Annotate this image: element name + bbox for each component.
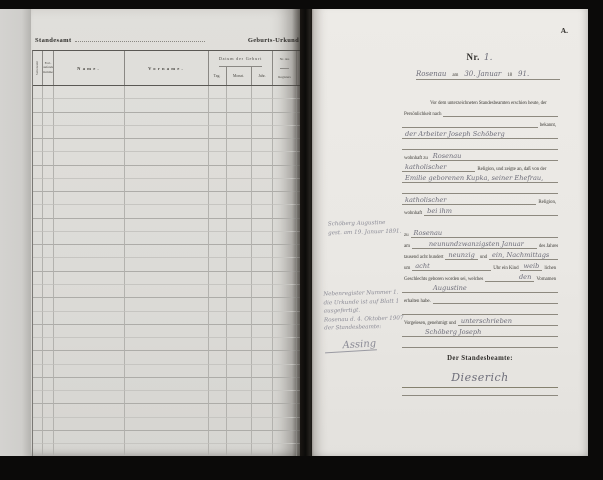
table-cell	[33, 444, 43, 456]
handwriting: neunzig	[445, 252, 477, 260]
form-nr-line: Nr.1.	[402, 47, 557, 65]
table-cell	[227, 139, 252, 152]
table-cell	[33, 298, 43, 311]
handwriting: bei ihm	[424, 208, 455, 216]
handwriting: unterschrieben	[458, 318, 515, 326]
register-table: Seitenzahl Fort- laufende Nummer Name. V…	[32, 50, 300, 456]
handwriting: neunundzwanzigsten Januar	[426, 241, 527, 249]
table-cell	[227, 272, 252, 285]
table-cell	[297, 126, 300, 139]
table-cell	[227, 365, 252, 378]
table-cell	[273, 166, 297, 179]
printed-text: am	[402, 244, 412, 249]
table-cell	[125, 285, 209, 298]
table-cell	[209, 285, 227, 298]
registrar-signature-handwriting: Dieserich	[451, 371, 509, 384]
table-cell	[297, 431, 300, 444]
printed-text: Persönlichkeit nach	[402, 112, 443, 117]
table-cell	[273, 192, 297, 205]
form-dateline: Rosenauam30. Januar1891.	[416, 71, 560, 80]
table-cell	[227, 404, 252, 417]
rule-line	[449, 203, 536, 205]
table-cell	[33, 365, 43, 378]
rule-line	[402, 192, 558, 194]
photo-left-margin	[0, 9, 31, 456]
table-cell	[273, 365, 297, 378]
table-cell	[54, 152, 125, 165]
table-cell	[252, 298, 273, 311]
table-cell	[273, 391, 297, 404]
table-cell	[43, 126, 54, 139]
rule-line	[552, 258, 558, 260]
handwriting: weib	[520, 263, 542, 271]
table-cell	[125, 86, 209, 99]
table-cell	[43, 99, 54, 112]
table-row	[33, 325, 300, 338]
table-cell	[54, 219, 125, 232]
table-cell	[43, 404, 54, 417]
register-book-photo: Standesamt Geburts-Urkund Seitenzahl For…	[0, 0, 603, 480]
table-cell	[273, 418, 297, 431]
table-row	[33, 431, 300, 444]
table-cell	[273, 126, 297, 139]
printed-text: und	[478, 255, 489, 260]
table-cell	[125, 365, 209, 378]
table-cell	[33, 431, 43, 444]
handwriting: ein, Nachmittags	[489, 252, 552, 260]
handwriting: Emilie geborenen Kupka, seiner Ehefrau,	[402, 175, 546, 183]
handwriting: 30. Januar	[464, 71, 501, 78]
rule-line	[515, 324, 558, 326]
table-row	[33, 86, 300, 99]
table-cell	[252, 245, 273, 258]
table-cell	[252, 179, 273, 192]
header-subcol-tag: Tag.	[209, 67, 227, 85]
table-cell	[297, 351, 300, 364]
page-corner-label: A.	[561, 26, 568, 35]
table-cell	[209, 258, 227, 271]
table-cell	[227, 99, 252, 112]
printed-text: wohnhaft	[402, 211, 424, 216]
table-row	[33, 418, 300, 431]
table-cell	[209, 378, 227, 391]
table-cell	[252, 312, 273, 325]
table-row	[33, 99, 300, 112]
table-cell	[297, 139, 300, 152]
table-cell	[125, 179, 209, 192]
table-cell	[297, 272, 300, 285]
table-cell	[43, 258, 54, 271]
table-cell	[33, 126, 43, 139]
table-cell	[297, 152, 300, 165]
table-cell	[54, 365, 125, 378]
table-cell	[33, 232, 43, 245]
table-cell	[54, 99, 125, 112]
table-cell	[54, 139, 125, 152]
header-col-name: Name.	[54, 51, 125, 85]
table-cell	[54, 312, 125, 325]
table-cell	[33, 205, 43, 218]
table-cell	[227, 205, 252, 218]
table-cell	[297, 418, 300, 431]
table-cell	[43, 418, 54, 431]
header-col-vorname: Vorname.	[125, 51, 209, 85]
register-table-body	[33, 86, 300, 456]
table-cell	[273, 378, 297, 391]
table-cell	[297, 166, 300, 179]
rule-line	[402, 148, 558, 150]
rule-line	[527, 247, 537, 249]
table-cell	[125, 391, 209, 404]
table-cell	[297, 192, 300, 205]
table-cell	[125, 152, 209, 165]
table-cell	[43, 219, 54, 232]
table-cell	[227, 258, 252, 271]
table-cell	[227, 378, 252, 391]
table-row	[33, 258, 300, 271]
table-cell	[227, 431, 252, 444]
table-row	[33, 378, 300, 391]
table-cell	[33, 312, 43, 325]
table-cell	[209, 418, 227, 431]
table-cell	[54, 431, 125, 444]
table-cell	[125, 312, 209, 325]
table-cell	[54, 272, 125, 285]
table-cell	[54, 205, 125, 218]
table-cell	[252, 325, 273, 338]
table-cell	[125, 126, 209, 139]
table-cell	[33, 351, 43, 364]
table-cell	[33, 99, 43, 112]
table-row	[33, 152, 300, 165]
table-cell	[33, 166, 43, 179]
table-cell	[297, 338, 300, 351]
form-line: amneunundzwanzigsten Januardes Jahres	[402, 238, 558, 249]
geburts-title: Geburts-Urkund	[248, 37, 299, 44]
table-cell	[43, 192, 54, 205]
table-cell	[43, 245, 54, 258]
form-line: tausend acht hundertneunzigundein, Nachm…	[402, 249, 558, 260]
rule-line	[433, 269, 492, 271]
handwriting: katholischer	[402, 164, 449, 172]
table-cell	[252, 86, 273, 99]
table-cell	[227, 219, 252, 232]
table-cell	[33, 245, 43, 258]
table-cell	[227, 444, 252, 456]
left-page: Standesamt Geburts-Urkund Seitenzahl For…	[31, 9, 300, 456]
table-cell	[273, 272, 297, 285]
table-cell	[227, 113, 252, 126]
table-cell	[43, 298, 54, 311]
table-cell	[33, 272, 43, 285]
table-cell	[273, 351, 297, 364]
registrar-rule-line	[402, 394, 558, 396]
table-cell	[252, 152, 273, 165]
table-cell	[252, 272, 273, 285]
table-cell	[54, 232, 125, 245]
left-page-title-row: Standesamt Geburts-Urkund	[35, 37, 300, 44]
printed-text: tausend acht hundert	[402, 255, 445, 260]
table-cell	[227, 312, 252, 325]
margin-note-top: Schöberg Augustinegest. am 19. Januar 18…	[328, 218, 440, 238]
table-row	[33, 126, 300, 139]
table-cell	[54, 325, 125, 338]
table-cell	[43, 205, 54, 218]
table-cell	[43, 285, 54, 298]
table-cell	[297, 258, 300, 271]
table-cell	[227, 192, 252, 205]
table-cell	[297, 113, 300, 126]
table-row	[33, 219, 300, 232]
table-row	[33, 285, 300, 298]
table-cell	[273, 113, 297, 126]
handwriting: 91.	[518, 71, 529, 78]
table-cell	[125, 404, 209, 417]
table-cell	[209, 338, 227, 351]
table-row	[33, 113, 300, 126]
table-cell	[54, 126, 125, 139]
printed-text: des Jahres	[537, 244, 558, 249]
table-cell	[273, 285, 297, 298]
table-cell	[252, 232, 273, 245]
rule-line	[412, 247, 426, 249]
table-row	[33, 272, 300, 285]
table-cell	[273, 99, 297, 112]
table-cell	[43, 431, 54, 444]
table-cell	[273, 404, 297, 417]
rule-line	[464, 159, 558, 161]
table-cell	[252, 338, 273, 351]
table-cell	[227, 232, 252, 245]
table-cell	[209, 404, 227, 417]
table-cell	[227, 391, 252, 404]
table-cell	[252, 444, 273, 456]
printed-text: bekannt,	[538, 123, 558, 128]
table-cell	[43, 391, 54, 404]
table-cell	[33, 152, 43, 165]
table-cell	[125, 298, 209, 311]
photo-bottom-border	[0, 456, 603, 480]
table-cell	[209, 179, 227, 192]
table-cell	[227, 325, 252, 338]
table-cell	[209, 391, 227, 404]
table-cell	[54, 378, 125, 391]
margin-note-bottom: Nebenregister Nummer 1.die Urkunde ist a…	[323, 287, 441, 352]
table-cell	[297, 205, 300, 218]
header-col-datum-der-geburt: Datum der Geburt Tag. Monat. Jahr.	[209, 51, 273, 85]
table-cell	[227, 179, 252, 192]
form-line: Vor dem unterzeichneten Standesbeamten e…	[402, 95, 558, 106]
table-cell	[297, 298, 300, 311]
registrar-block: Der Standesbeamte: Dieserich	[402, 355, 558, 396]
table-cell	[43, 232, 54, 245]
header-col-cutoff	[297, 51, 300, 85]
table-cell	[209, 86, 227, 99]
registrar-signature-line: Dieserich	[402, 368, 558, 388]
table-cell	[125, 192, 209, 205]
printed-text: Vornamen	[534, 277, 558, 282]
table-cell	[209, 99, 227, 112]
table-cell	[227, 418, 252, 431]
printed-text: Religion, und zeigte an, daß von der	[475, 167, 548, 172]
form-line: katholischerReligion, und zeigte an, daß…	[402, 161, 558, 172]
table-cell	[252, 113, 273, 126]
table-cell	[227, 86, 252, 99]
table-row	[33, 245, 300, 258]
rule-line	[455, 214, 558, 216]
table-row	[33, 338, 300, 351]
header-subcol-jahr: Jahr.	[252, 67, 273, 85]
table-cell	[252, 192, 273, 205]
table-cell	[33, 378, 43, 391]
handwriting: acht	[412, 263, 433, 271]
table-cell	[209, 312, 227, 325]
table-cell	[43, 338, 54, 351]
form-line: der Arbeiter Joseph Schöberg	[402, 128, 558, 139]
form-line: bekannt,	[402, 117, 558, 128]
table-cell	[273, 219, 297, 232]
table-cell	[54, 166, 125, 179]
table-cell	[33, 139, 43, 152]
form-line: umachtUhr ein Kindweiblichen	[402, 260, 558, 271]
table-cell	[227, 126, 252, 139]
table-cell	[273, 245, 297, 258]
margin-note-signature-handwriting: Assing	[324, 338, 376, 353]
table-cell	[43, 325, 54, 338]
printed-text: um	[402, 266, 412, 271]
table-cell	[43, 351, 54, 364]
form-line: Emilie geborenen Kupka, seiner Ehefrau,	[402, 172, 558, 183]
table-cell	[273, 312, 297, 325]
table-cell	[125, 351, 209, 364]
table-cell	[43, 113, 54, 126]
photo-top-border	[0, 0, 603, 9]
form-line: Geschlechts geboren worden sei, welchesd…	[402, 271, 558, 282]
table-cell	[297, 312, 300, 325]
table-cell	[125, 219, 209, 232]
table-cell	[54, 245, 125, 258]
table-cell	[54, 86, 125, 99]
table-cell	[209, 192, 227, 205]
table-cell	[33, 258, 43, 271]
handwriting: Rosenau	[430, 153, 465, 161]
table-cell	[209, 365, 227, 378]
table-cell	[33, 179, 43, 192]
header-col-register-nr: Nr. des Registers	[273, 51, 297, 85]
table-cell	[209, 219, 227, 232]
rule-line	[443, 115, 558, 117]
table-cell	[209, 232, 227, 245]
table-cell	[273, 444, 297, 456]
table-cell	[209, 139, 227, 152]
table-cell	[43, 444, 54, 456]
table-cell	[43, 378, 54, 391]
table-cell	[252, 166, 273, 179]
table-cell	[125, 245, 209, 258]
table-cell	[33, 86, 43, 99]
table-cell	[227, 152, 252, 165]
table-cell	[227, 285, 252, 298]
table-cell	[252, 258, 273, 271]
table-cell	[54, 113, 125, 126]
table-cell	[125, 205, 209, 218]
table-row	[33, 404, 300, 417]
header-col-seite: Seitenzahl	[33, 51, 43, 85]
table-row	[33, 192, 300, 205]
table-cell	[54, 351, 125, 364]
table-cell	[43, 166, 54, 179]
rule-line	[484, 335, 558, 337]
table-row	[33, 312, 300, 325]
table-cell	[227, 245, 252, 258]
registrar-label: Der Standesbeamte:	[402, 355, 558, 362]
table-cell	[43, 86, 54, 99]
table-cell	[33, 418, 43, 431]
table-cell	[273, 298, 297, 311]
printed-text: 18	[505, 73, 514, 78]
table-row	[33, 166, 300, 179]
table-cell	[54, 179, 125, 192]
handwriting: katholischer	[402, 197, 449, 205]
table-row	[33, 298, 300, 311]
table-cell	[297, 86, 300, 99]
table-cell	[125, 418, 209, 431]
table-cell	[125, 232, 209, 245]
table-cell	[125, 139, 209, 152]
table-row	[33, 179, 300, 192]
printed-text: Uhr ein Kind	[491, 266, 520, 271]
rule-line	[433, 302, 558, 304]
table-cell	[252, 99, 273, 112]
handwriting: Rosenau	[416, 71, 446, 78]
printed-text: Vor dem unterzeichneten Standesbeamten e…	[428, 101, 549, 106]
form-line	[402, 183, 558, 194]
table-cell	[33, 325, 43, 338]
table-cell	[54, 192, 125, 205]
table-cell	[33, 192, 43, 205]
table-cell	[252, 418, 273, 431]
table-cell	[297, 232, 300, 245]
rule-line	[546, 181, 558, 183]
table-cell	[125, 258, 209, 271]
form-line: Persönlichkeit nach	[402, 106, 558, 117]
table-cell	[227, 166, 252, 179]
table-cell	[54, 298, 125, 311]
table-cell	[297, 378, 300, 391]
table-cell	[125, 431, 209, 444]
table-cell	[297, 179, 300, 192]
table-cell	[54, 418, 125, 431]
table-cell	[209, 245, 227, 258]
rule-line	[445, 236, 558, 238]
table-cell	[54, 285, 125, 298]
table-cell	[252, 351, 273, 364]
table-cell	[54, 258, 125, 271]
table-row	[33, 205, 300, 218]
table-cell	[252, 139, 273, 152]
printed-text: lichen	[542, 266, 558, 271]
table-cell	[297, 325, 300, 338]
table-cell	[125, 113, 209, 126]
table-cell	[252, 285, 273, 298]
table-cell	[43, 139, 54, 152]
rule-line	[402, 126, 538, 128]
table-cell	[209, 205, 227, 218]
standesamt-fill-line	[75, 41, 205, 42]
table-cell	[125, 338, 209, 351]
form-line	[402, 139, 558, 150]
right-page: A. Nr.1. Rosenauam30. Januar1891. Vor de…	[312, 9, 588, 458]
